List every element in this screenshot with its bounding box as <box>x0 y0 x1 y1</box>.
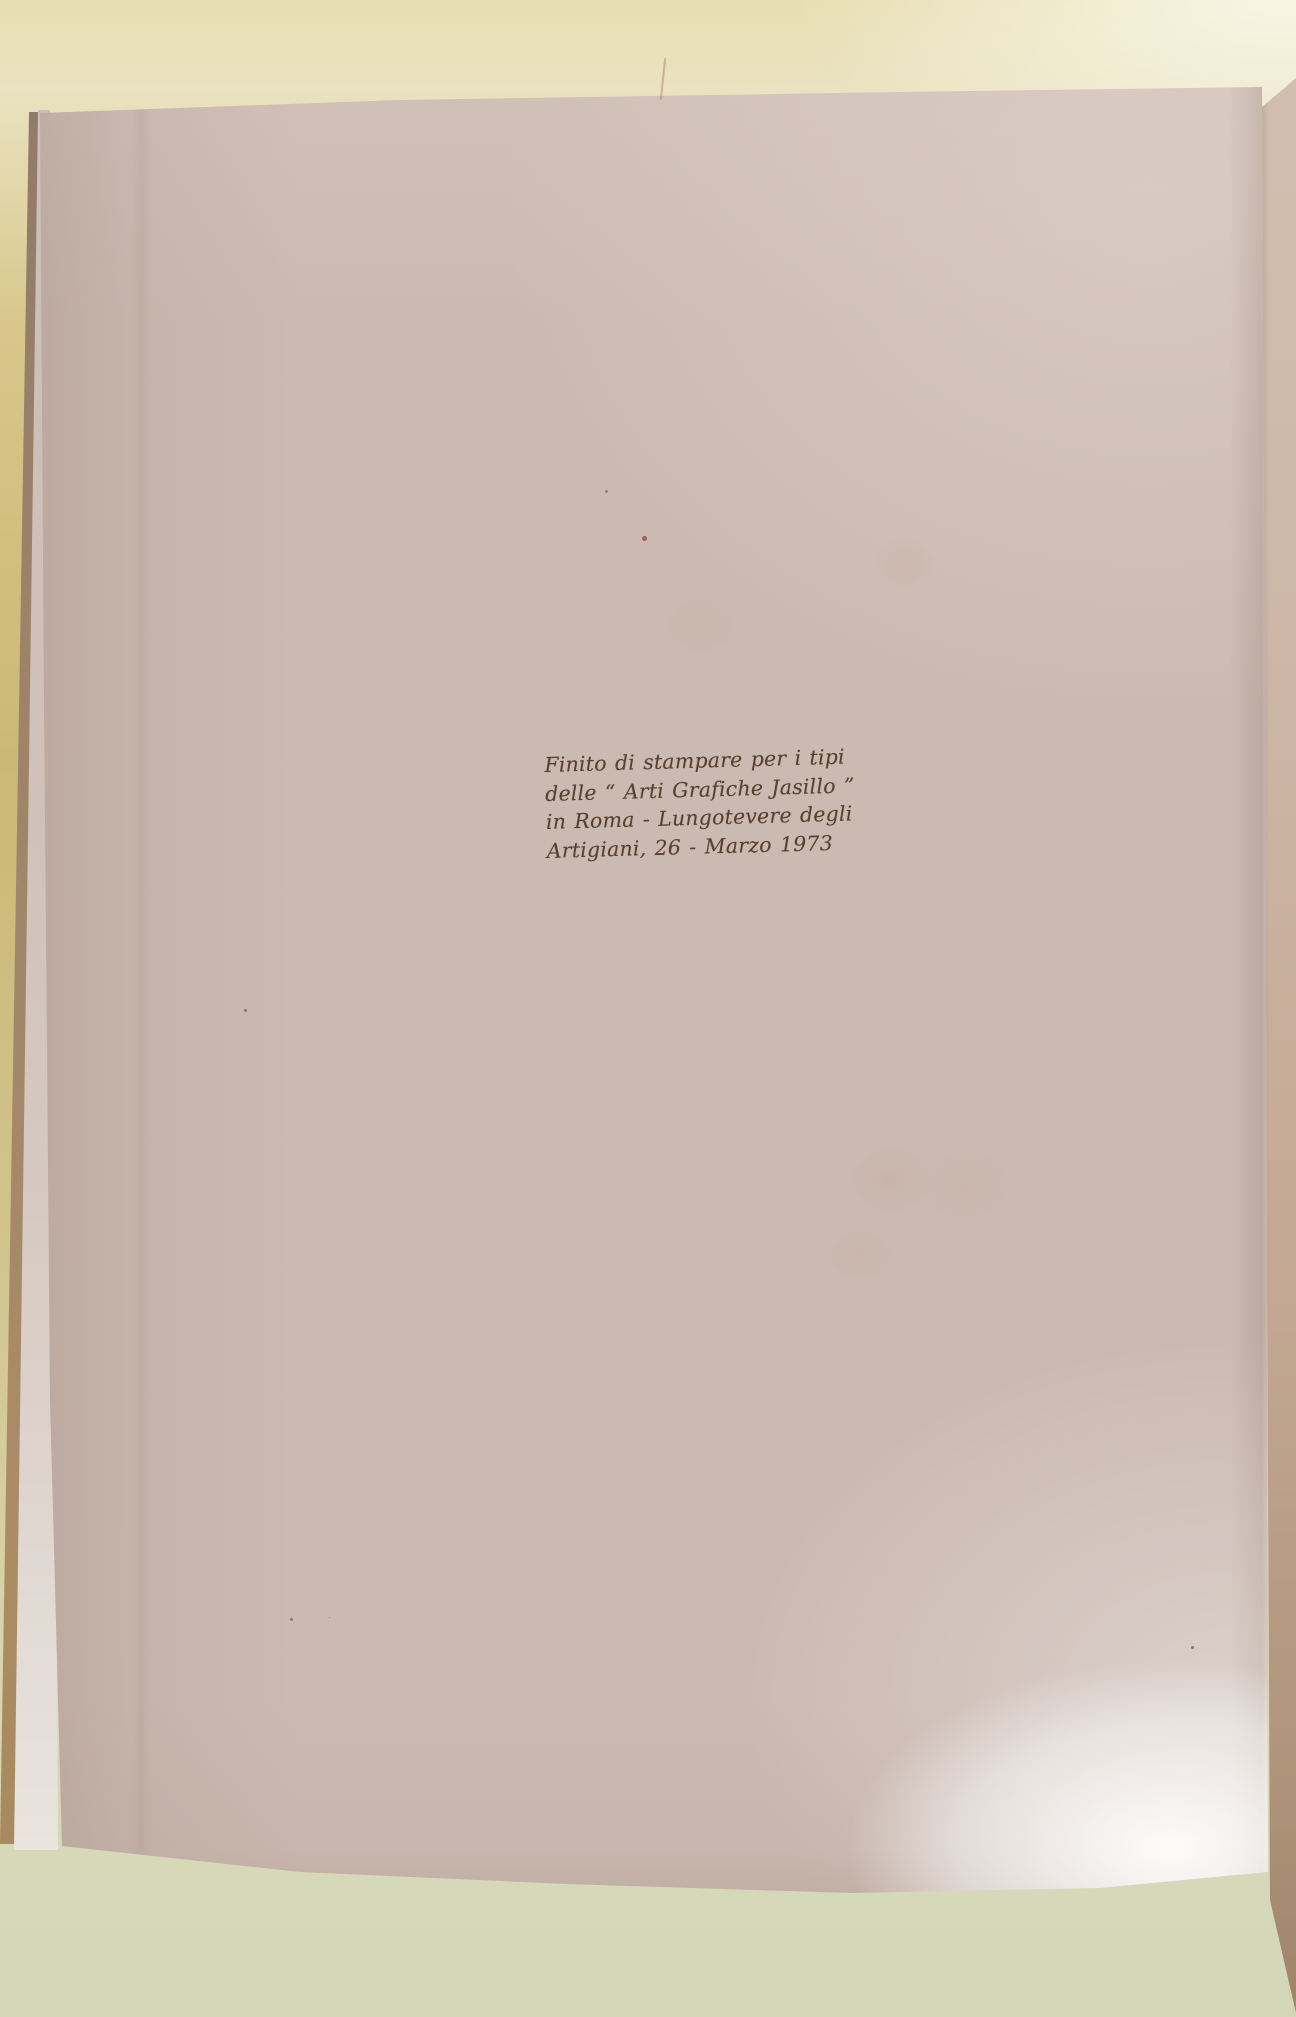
colophon-text-block: Finito di stampare per i tipi delle “ Ar… <box>544 743 827 865</box>
book-photo: Finito di stampare per i tipi delle “ Ar… <box>0 0 1296 2017</box>
book-page <box>0 0 1296 2017</box>
paper-specks <box>605 490 608 493</box>
paper-scratch-mark <box>660 58 666 100</box>
